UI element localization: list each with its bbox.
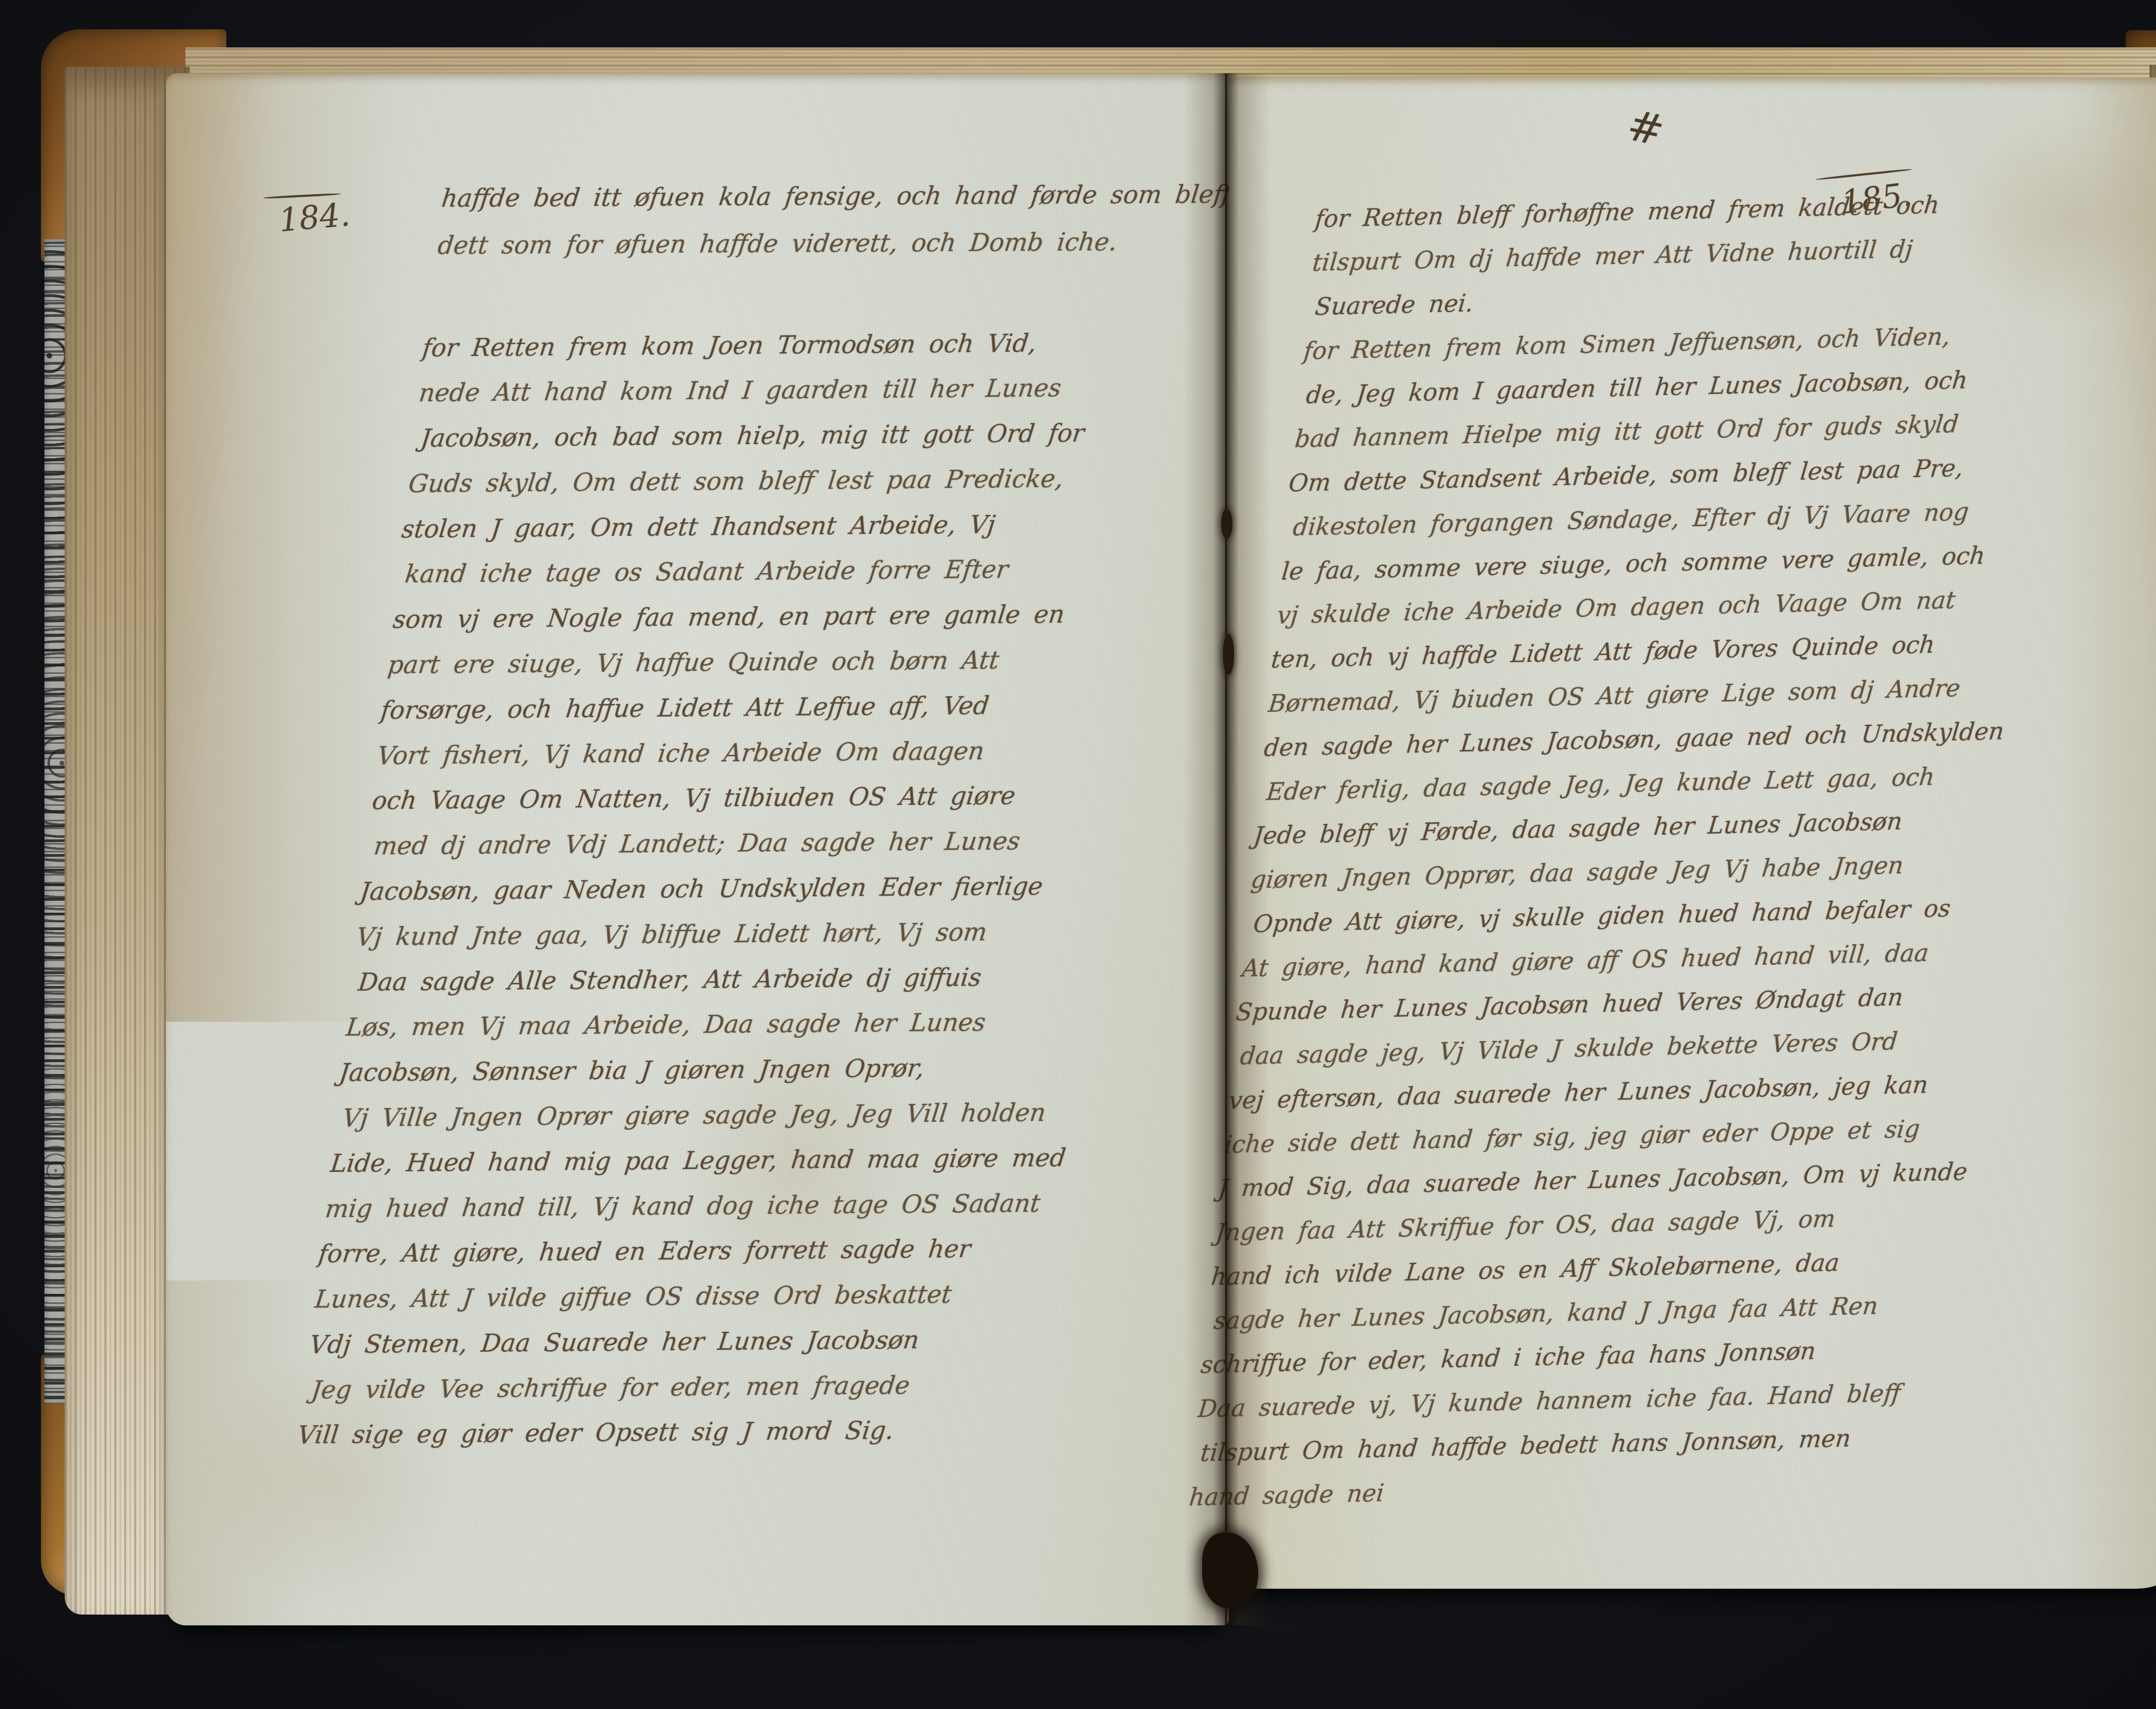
handwritten-line: for Retten frem kom Joen Tormodsøn och V… <box>420 320 1162 371</box>
handwritten-line: Guds skyld, Om dett som bleff lest paa P… <box>406 456 1147 507</box>
handwritten-line: Lunes, Att J vilde giffue OS disse Ord b… <box>313 1271 1053 1322</box>
right-page: # 185. for Retten bleff forhøffne mend f… <box>1229 78 2156 1589</box>
handwritten-line: Jacobsøn, gaar Neden och Undskylden Eder… <box>357 864 1100 915</box>
photo-background: 184. haffde bed itt øfuen kola fensige, … <box>0 0 2156 1709</box>
handwritten-line: kand iche tage os Sadant Arbeide forre E… <box>403 546 1136 597</box>
handwriting-paragraph: haffde bed itt øfuen kola fensige, och h… <box>435 170 1234 269</box>
handwritten-line: Vj kund Jnte gaa, Vj bliffue Lidett hørt… <box>354 909 1094 960</box>
handwritten-line: Vort fisheri, Vj kand iche Arbeide Om da… <box>375 727 1115 778</box>
handwriting-paragraph: for Retten bleff forhøffne mend frem kal… <box>1306 180 2066 329</box>
handwriting-paragraph: for Retten bleff forhøffne mend frem kal… <box>1187 177 2066 1519</box>
handwritten-line: Løs, men Vj maa Arbeide, Daa sagde her L… <box>344 999 1084 1050</box>
handwritten-line: Jacobsøn, och bad som hielp, mig itt got… <box>418 410 1152 461</box>
gutter-ink-blot <box>1223 634 1234 675</box>
handwritten-line: Lide, Hued hand mig paa Legger, hand maa… <box>328 1135 1069 1186</box>
handwritten-line: forre, Att giøre, hued en Eders forrett … <box>316 1226 1058 1277</box>
handwritten-line: med dj andre Vdj Landett; Daa sagde her … <box>371 818 1105 869</box>
handwritten-line: Vdj Stemen, Daa Suarede her Lunes Jacobs… <box>307 1317 1047 1368</box>
handwritten-line: haffde bed itt øfuen kola fensige, och h… <box>439 170 1234 222</box>
handwritten-line: part ere siuge, Vj haffue Quinde och bør… <box>385 637 1125 688</box>
handwritten-line: Vill sige eg giør eder Opsett sig J mord… <box>295 1407 1037 1459</box>
handwritten-line: och Vaage Om Natten, Vj tilbiuden OS Att… <box>370 773 1110 824</box>
handwritten-line: Daa sagde Alle Stendher, Att Arbeide dj … <box>356 954 1089 1005</box>
folio-hash-mark: # <box>1623 100 1669 157</box>
handwritten-line: forsørge, och haffue Lidett Att Leffue a… <box>378 682 1120 733</box>
handwritten-line: Vj Ville Jngen Oprør giøre sagde Jeg, Je… <box>340 1090 1074 1141</box>
handwritten-line: som vj ere Nogle faa mend, en part ere g… <box>391 592 1131 642</box>
gutter-ink-blot <box>1221 509 1232 539</box>
handwritten-line: Jeg vilde Vee schriffue for eder, men fr… <box>309 1362 1042 1413</box>
handwritten-line: dett som for øfuen haffde viderett, och … <box>435 218 1228 270</box>
handwritten-line: Jacobsøn, Sønnser bia J giøren Jngen Opr… <box>337 1045 1079 1096</box>
handwritten-line: stolen J gaar, Om dett Ihandsent Arbeide… <box>399 501 1141 552</box>
handwritten-line: nede Att hand kom Ind I gaarden till her… <box>417 365 1157 416</box>
handwritten-line: mig hued hand till, Vj kand dog iche tag… <box>323 1180 1063 1231</box>
page-number-left: 184. <box>278 196 352 239</box>
left-page: 184. haffde bed itt øfuen kola fensige, … <box>166 73 1229 1625</box>
handwriting-paragraph: for Retten frem kom Joen Tormodsøn och V… <box>297 320 1162 1459</box>
